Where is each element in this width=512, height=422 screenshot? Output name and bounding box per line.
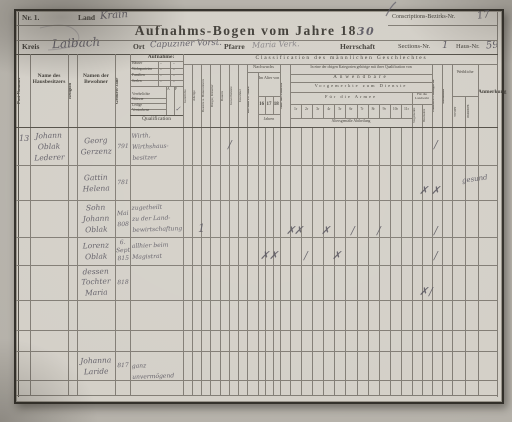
grid-line: [290, 104, 432, 105]
landwehr-sub-column-label: Vorgemerkte: [413, 105, 421, 125]
hand-mark: /: [434, 249, 438, 262]
nachwuchs-side-label: Bis zum 15. Jahre: [247, 73, 258, 126]
kreis-label: Kreis: [22, 43, 39, 51]
hand-mark: ✗: [260, 249, 269, 262]
pfarre-label: Pfarre: [224, 43, 245, 51]
section-value: 1: [442, 40, 448, 51]
aufnahme-row-value: –: [160, 74, 162, 78]
category-column-label: Gewerbsleute: [230, 67, 238, 125]
age-class-cell: 3r: [312, 107, 323, 111]
aufnahme-row-value: –: [173, 62, 175, 66]
grid-line: [247, 72, 280, 73]
anwendbare-line3: Vorgemerkte zum Dienste: [290, 84, 432, 89]
aufnahme-row-value: –: [160, 68, 162, 72]
landwehr-sub-column-label: Beurlaubte: [423, 105, 431, 125]
row-birth-year: 791: [115, 140, 129, 151]
grid-line: [290, 74, 432, 75]
age-class-cell: 7r: [357, 107, 368, 111]
female-sub-column-label: Weiber: [454, 98, 463, 125]
land-value: Krain: [100, 9, 129, 22]
aufnahme-row-label: Seelen: [132, 80, 142, 84]
grid-line: [16, 40, 498, 41]
age-year-cell: 17: [265, 102, 272, 107]
aufnahme-row-value: –: [173, 68, 175, 72]
religion-column-label: Religion: [68, 58, 77, 124]
hand-mark: ✗: [431, 184, 440, 197]
age-class-cell: 11r: [401, 107, 412, 111]
category-column-label: Beamte u. Honoratioren: [202, 67, 210, 125]
aufnahme-sub-row: Ledige: [132, 104, 142, 108]
aufnahme-sub-col: A: [167, 87, 170, 91]
conscription-label: Conscriptions-Bezirks-Nr.: [392, 14, 455, 20]
herrschaft-label: Herrschaft: [340, 43, 375, 51]
category-column-label: Bauern: [221, 67, 229, 125]
table-row: [16, 300, 498, 330]
aufnahme-sub-mark: ✓: [175, 106, 181, 114]
row-birth-year: 817: [115, 360, 129, 371]
row-qualification: allhier beimMagistrat: [132, 239, 182, 263]
aufnahme-row-value: –: [173, 74, 175, 78]
age-year-cell: 18: [273, 102, 280, 107]
aufnahme-row-value: –: [160, 80, 162, 84]
row-birth-year: 781: [115, 177, 129, 188]
row-resident-name: dessenTochterMaria: [77, 266, 114, 298]
grid-line: [183, 64, 498, 65]
hand-mark: ✗: [321, 224, 330, 237]
conscription-value: 17: [476, 9, 490, 22]
hand-mark: /: [304, 249, 308, 262]
grid-line: [16, 25, 162, 26]
table-row: [16, 330, 498, 351]
grid-line: [16, 54, 498, 55]
age-class-cell: 8r: [368, 107, 379, 111]
hand-mark: ✗: [419, 285, 428, 298]
hand-mark: /: [429, 285, 433, 298]
aufnahme-row-value: –: [173, 80, 175, 84]
row-birth-year: 818: [115, 277, 129, 288]
hand-mark: ✗: [269, 249, 278, 262]
scanned-census-form: Nr. 1. Land Krain Conscriptions-Bezirks-…: [0, 0, 512, 422]
aufnahme-sub-row: Verstorbene: [132, 109, 149, 113]
category-column-label: Inwohner: [239, 67, 247, 125]
aufnahme-sub-row: Verehelichte: [132, 93, 150, 97]
form-title: Aufnahms-Bogen vom Jahre 1830: [120, 24, 390, 38]
hand-mark: 1: [198, 222, 205, 235]
age-class-cell: 4r: [323, 107, 334, 111]
hand-mark: /: [434, 138, 438, 151]
ort-label: Ort: [133, 43, 145, 51]
nachwuchs-unit-label: Jahren: [258, 117, 280, 121]
grid-line: [388, 25, 498, 26]
residents-column-label: Namen der Bewohner: [78, 74, 114, 86]
age-class-cell: 5r: [334, 107, 345, 111]
row-resident-name: GeorgGerzenz: [78, 134, 115, 157]
row-post-number: 13: [19, 135, 29, 144]
row-birth-year: 6.Sept815: [115, 239, 130, 263]
hand-mark: /: [434, 224, 438, 237]
aufnahme-row-label: Wohnparteien: [132, 68, 152, 72]
row-qualification: zugetheiltzu der Land-bewirtschaftung: [131, 201, 181, 236]
hand-mark: /: [228, 138, 232, 151]
category-column-label: Geistliche: [184, 67, 192, 125]
aufnahme-sub-row: Wittwer: [132, 98, 144, 102]
aufnahme-row-label: Häuser: [132, 62, 142, 66]
row-birth-year: Mai808: [115, 207, 130, 229]
row-resident-name: LorenzOblak: [78, 239, 115, 262]
landwehr-label: Für die Landwehr: [412, 93, 432, 100]
aufnahme-row-label: Familien: [132, 74, 145, 78]
pfarre-value: Maria Verk.: [252, 40, 300, 50]
age-class-cell: 2r: [301, 107, 312, 111]
untaugliche-column-label: Gänzlich Untaugliche: [432, 66, 442, 126]
row-qualification: Wirth,Wirthshaus-besitzer: [131, 129, 181, 164]
anwendbare-line1: In eine der obigen Kategorien gehörige m…: [292, 65, 430, 69]
aufnahme-title: Aufnahme:: [140, 55, 182, 61]
auslaender-column-label: Ausländer: [442, 66, 452, 126]
qualification-label: Qualification: [131, 117, 182, 123]
grid-line: [290, 118, 412, 119]
age-class-cell: 10r: [390, 107, 401, 111]
entry-column-label: Jahr des Eintritts: [280, 66, 290, 126]
aufnahme-row-value: –: [160, 62, 162, 66]
armee-label: Für die Armee: [290, 95, 412, 100]
female-sub-column-label: Mädchen: [467, 98, 476, 125]
classification-title: Classification des männlichen Geschlecht…: [183, 56, 500, 62]
hand-mark: /: [351, 224, 355, 237]
grid-line: [258, 114, 280, 115]
age-class-cell: 6r: [345, 107, 356, 111]
grid-line: [16, 395, 498, 396]
table-row: [16, 380, 498, 395]
age-class-cell: 9r: [379, 107, 390, 111]
row-resident-name: GattinHelena: [78, 171, 115, 194]
grid-line: [130, 115, 183, 116]
owner-column-label: Name des Hausbesitzers: [31, 74, 67, 86]
hand-mark: /: [377, 224, 381, 237]
hand-mark: ✗: [332, 249, 341, 262]
aufnahme-sub-col: F: [175, 87, 177, 91]
grid-line: [258, 96, 280, 97]
haus-label: Haus-Nr.: [456, 44, 480, 51]
grid-line: [290, 92, 432, 93]
sheet-number: Nr. 1.: [22, 14, 39, 22]
row-resident-name: JohannaLaride: [78, 354, 115, 377]
female-group-label: Weibliche: [452, 70, 478, 74]
category-column-label: Bürger, Künstler: [211, 67, 219, 125]
kreis-value: Laibach: [52, 36, 101, 52]
grid-line: [290, 82, 432, 83]
anwendbare-line2: Anwendbare: [290, 75, 432, 80]
hand-mark: ✗: [294, 224, 303, 237]
title-year-value: 30: [357, 25, 375, 38]
nachwuchs-label: Nachwuchs: [247, 65, 280, 70]
age-class-cell: 1r: [290, 107, 301, 111]
land-label: Land: [78, 14, 95, 22]
row-resident-name: SohnJohannOblak: [77, 201, 114, 235]
category-column-label: Adelige: [193, 67, 201, 125]
birth-year-column-label: Geburts-Jahr: [115, 58, 130, 124]
altersklassen-label: Altersgemäße Abtheilung: [290, 119, 412, 123]
hand-mark: ✗: [419, 184, 428, 197]
row-owner-name: JohannOblakLederer: [30, 129, 67, 163]
nachwuchs-mid-label: Im Alter von: [258, 76, 280, 80]
section-label: Sections-Nr.: [398, 44, 430, 51]
age-year-cell: 16: [258, 102, 265, 107]
grid-line: [452, 96, 478, 97]
